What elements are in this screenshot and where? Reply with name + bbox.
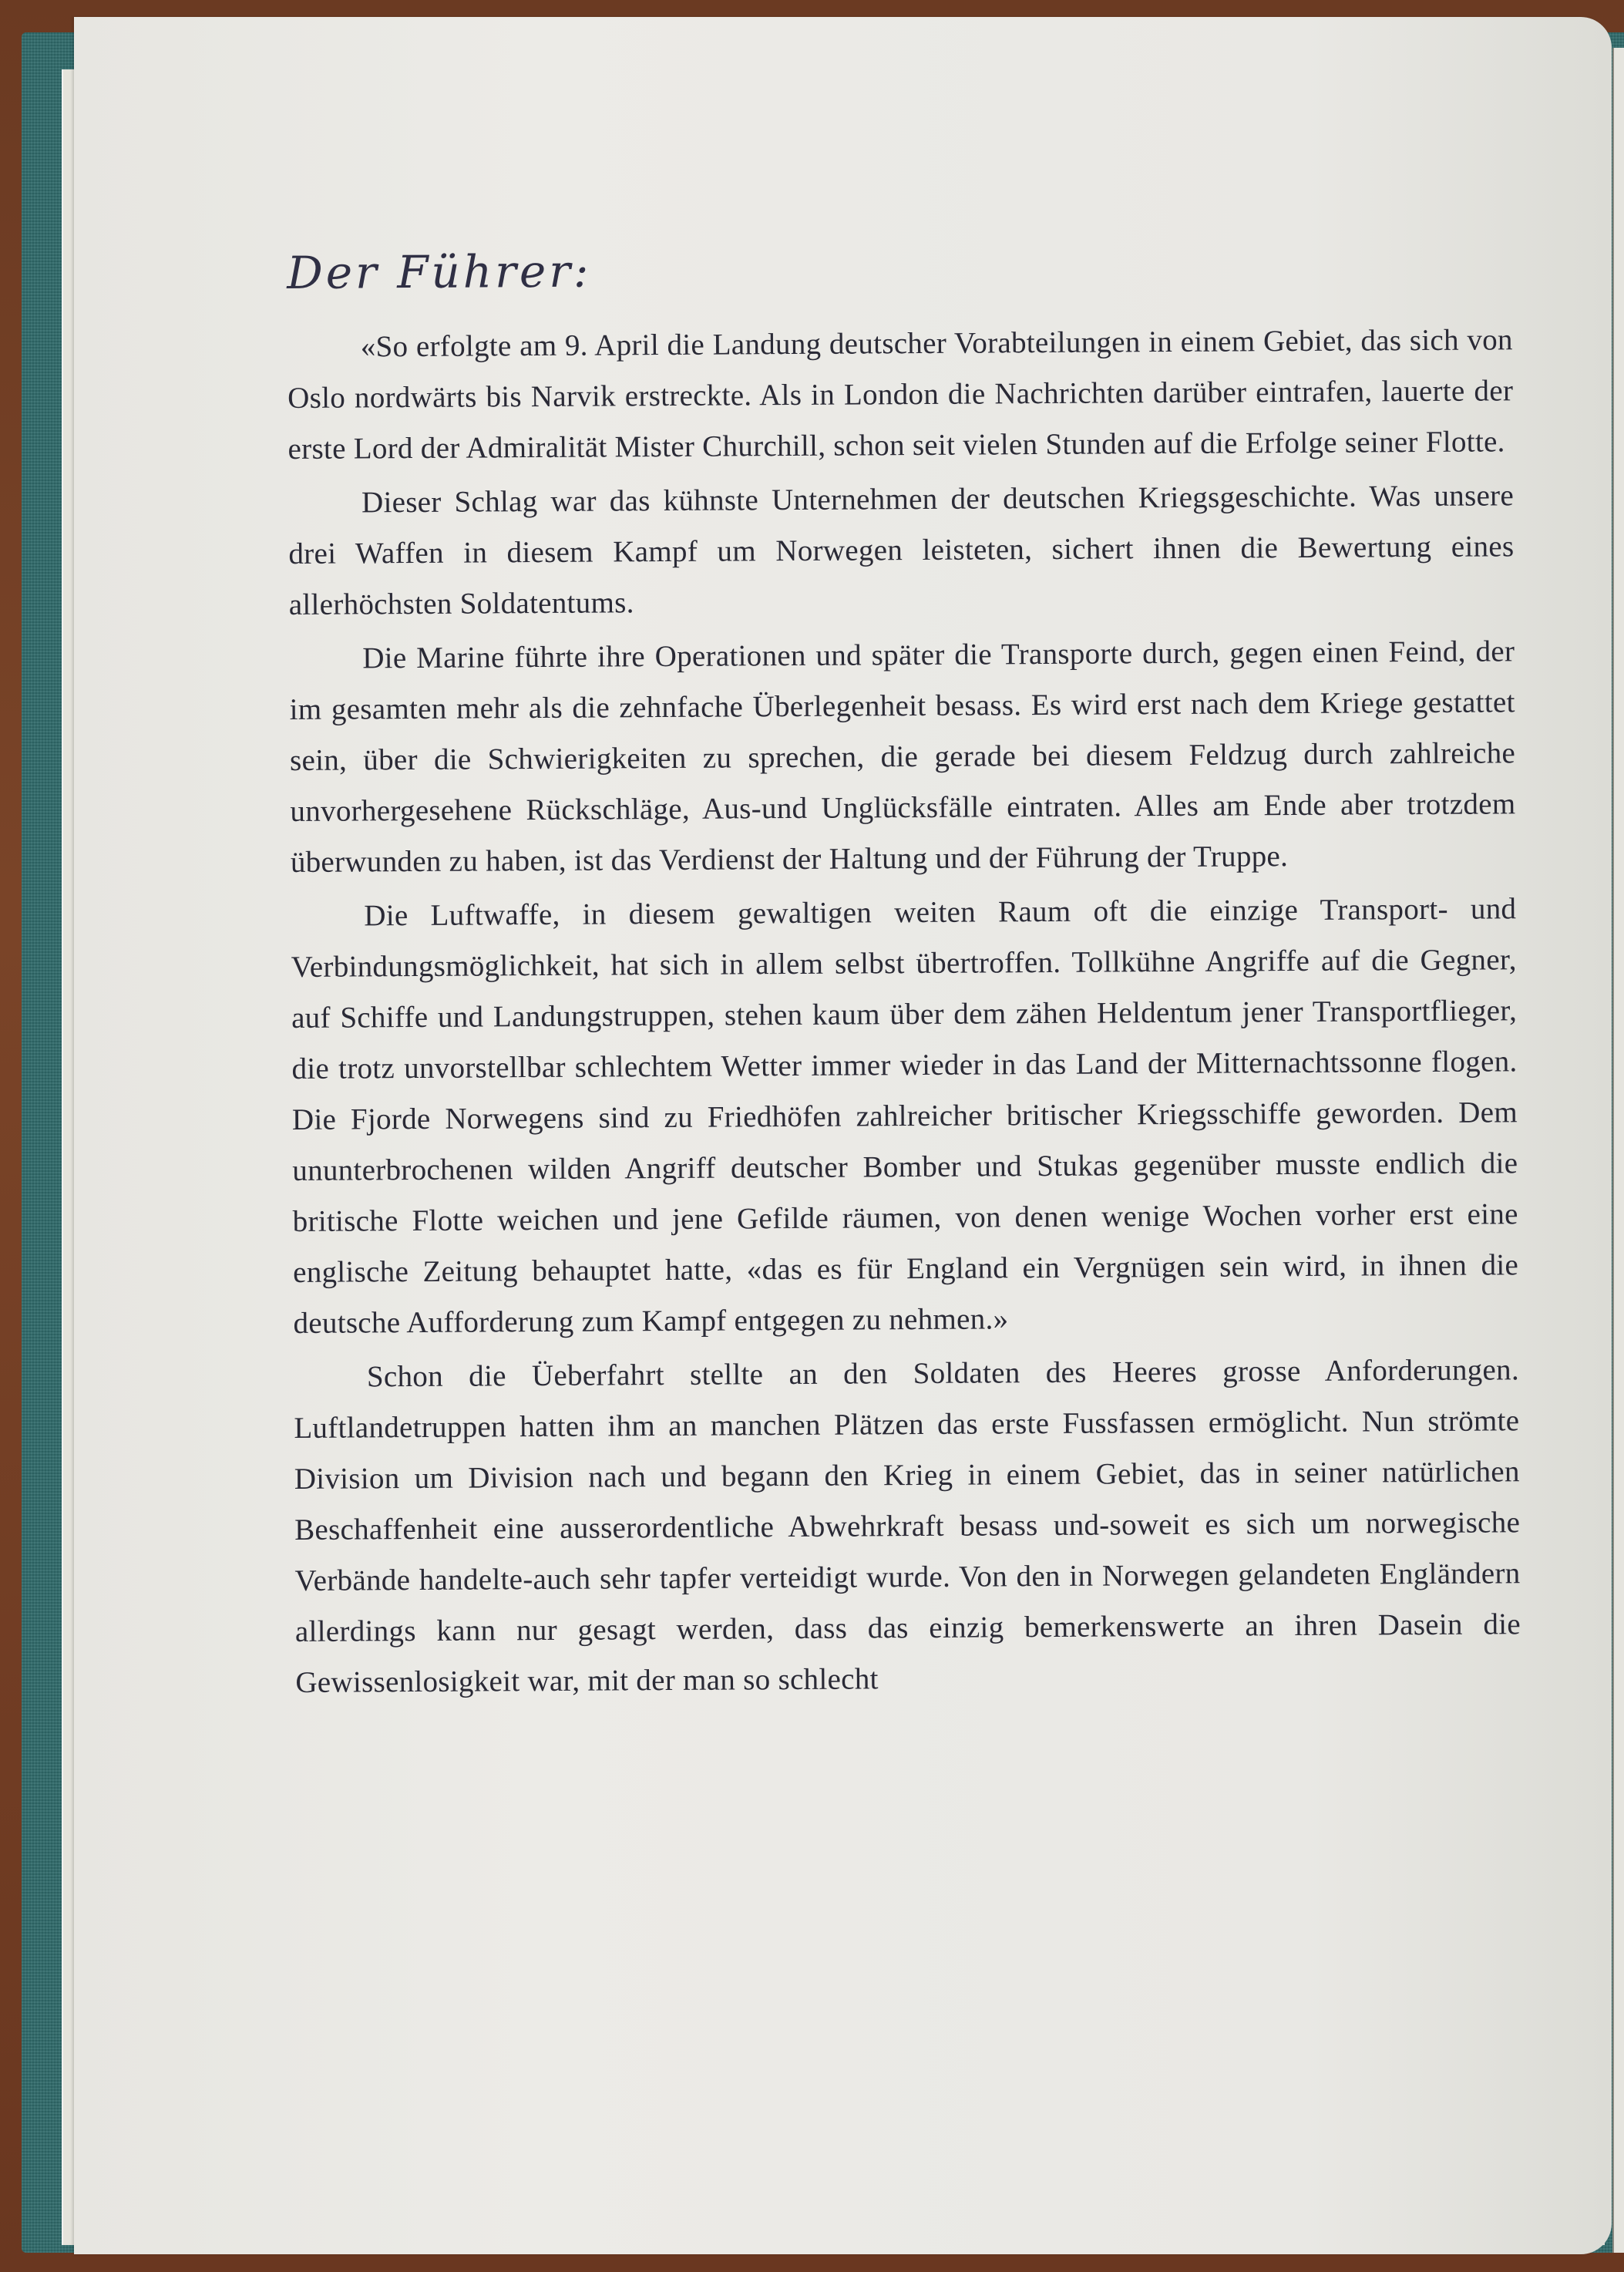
paragraph: «So erfolgte am 9. April die Landung deu… <box>287 315 1514 475</box>
page-heading: Der Führer: <box>287 239 1512 299</box>
paragraph: Die Marine führte ihre Operationen und s… <box>289 626 1516 888</box>
page-content: Der Führer: «So erfolgte am 9. April die… <box>287 239 1521 1712</box>
next-page-edge <box>1612 48 1624 2253</box>
paragraph: Die Luftwaffe, in diesem gewaltigen weit… <box>291 884 1519 1349</box>
paragraph: Dieser Schlag war das kühnste Unternehme… <box>288 470 1515 631</box>
paragraph: Schon die Üeberfahrt stellte an den Sold… <box>294 1345 1521 1708</box>
